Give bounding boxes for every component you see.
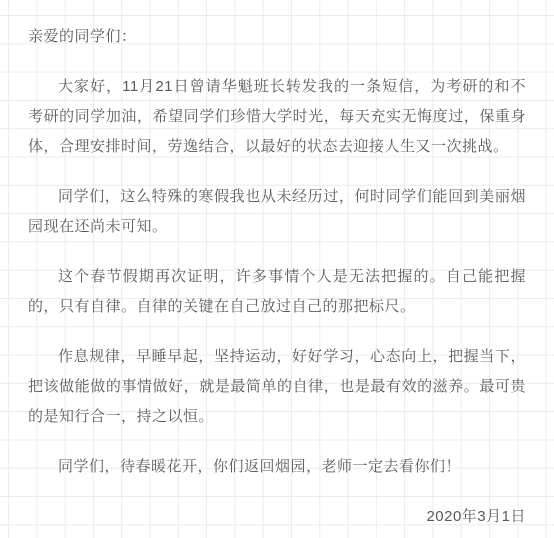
letter-page: 亲爱的同学们： 大家好，11月21日曾请华魁班长转发我的一条短信，为考研的和不考…: [0, 0, 554, 538]
letter-paragraph: 同学们，待春暖花开，你们返回烟园，老师一定去看你们！: [28, 452, 526, 482]
letter-paragraph: 同学们，这么特殊的寒假我也从未经历过，何时同学们能回到美丽烟园现在还尚未可知。: [28, 182, 526, 242]
letter-paragraph: 作息规律，早睡早起，坚持运动，好好学习，心态向上，把握当下，把该做能做的事情做好…: [28, 342, 526, 432]
letter-paragraph: 大家好，11月21日曾请华魁班长转发我的一条短信，为考研的和不考研的同学加油，希…: [28, 72, 526, 162]
letter-paragraph: 这个春节假期再次证明，许多事情个人是无法把握的。自己能把握的，只有自律。自律的关…: [28, 262, 526, 322]
letter-salutation: 亲爱的同学们：: [28, 22, 526, 52]
letter-date: 2020年3月1日: [28, 502, 526, 532]
